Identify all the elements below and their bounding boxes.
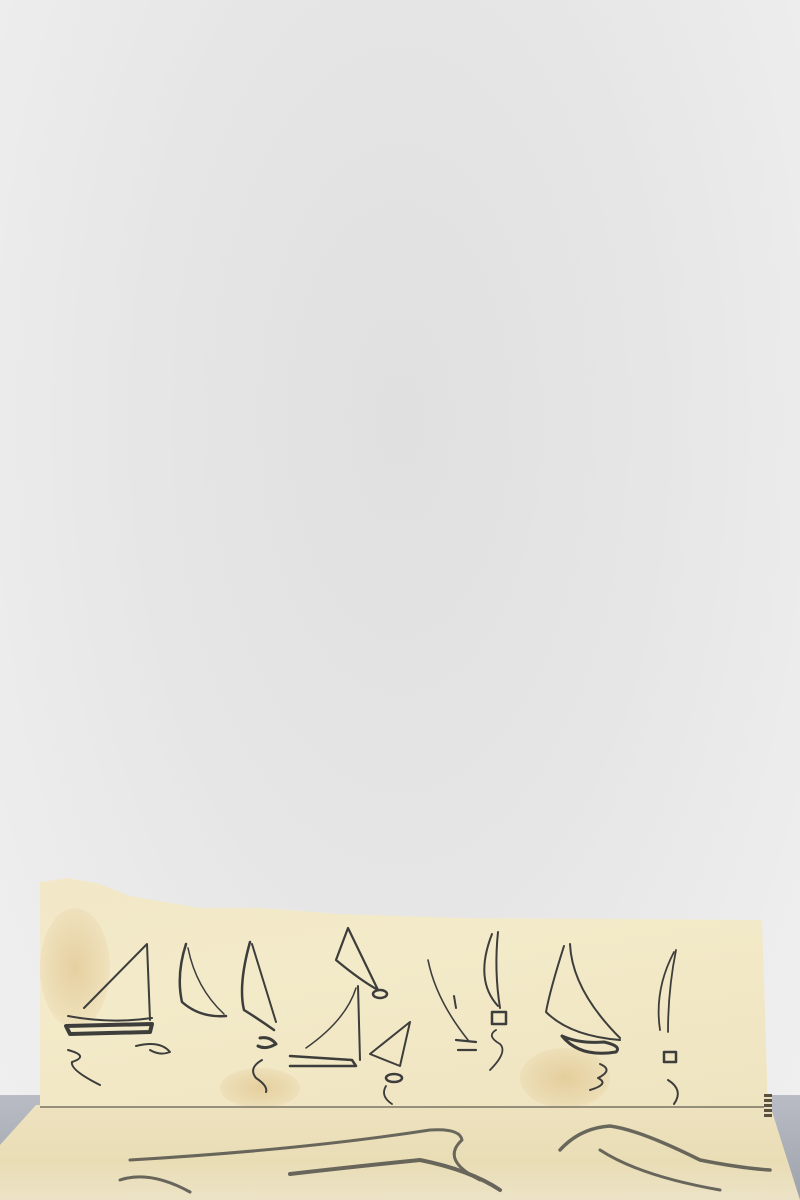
lower-page-figure-sketches bbox=[120, 1126, 770, 1192]
sailboat-sketch-3 bbox=[242, 942, 276, 1092]
sail-sketch-7 bbox=[428, 960, 476, 1050]
sailboat-sketch-5 bbox=[290, 986, 360, 1066]
sailboat-sketch-10 bbox=[659, 950, 678, 1104]
sailboat-sketch-4 bbox=[336, 928, 387, 998]
pencil-sketches bbox=[0, 0, 800, 1200]
sailboat-sketch-6 bbox=[370, 1022, 410, 1104]
sailboat-sketch-9 bbox=[546, 944, 620, 1090]
sail-sketch-2 bbox=[180, 944, 226, 1016]
sailboat-sketch-1 bbox=[66, 944, 170, 1085]
sailboat-sketch-8 bbox=[484, 932, 506, 1070]
